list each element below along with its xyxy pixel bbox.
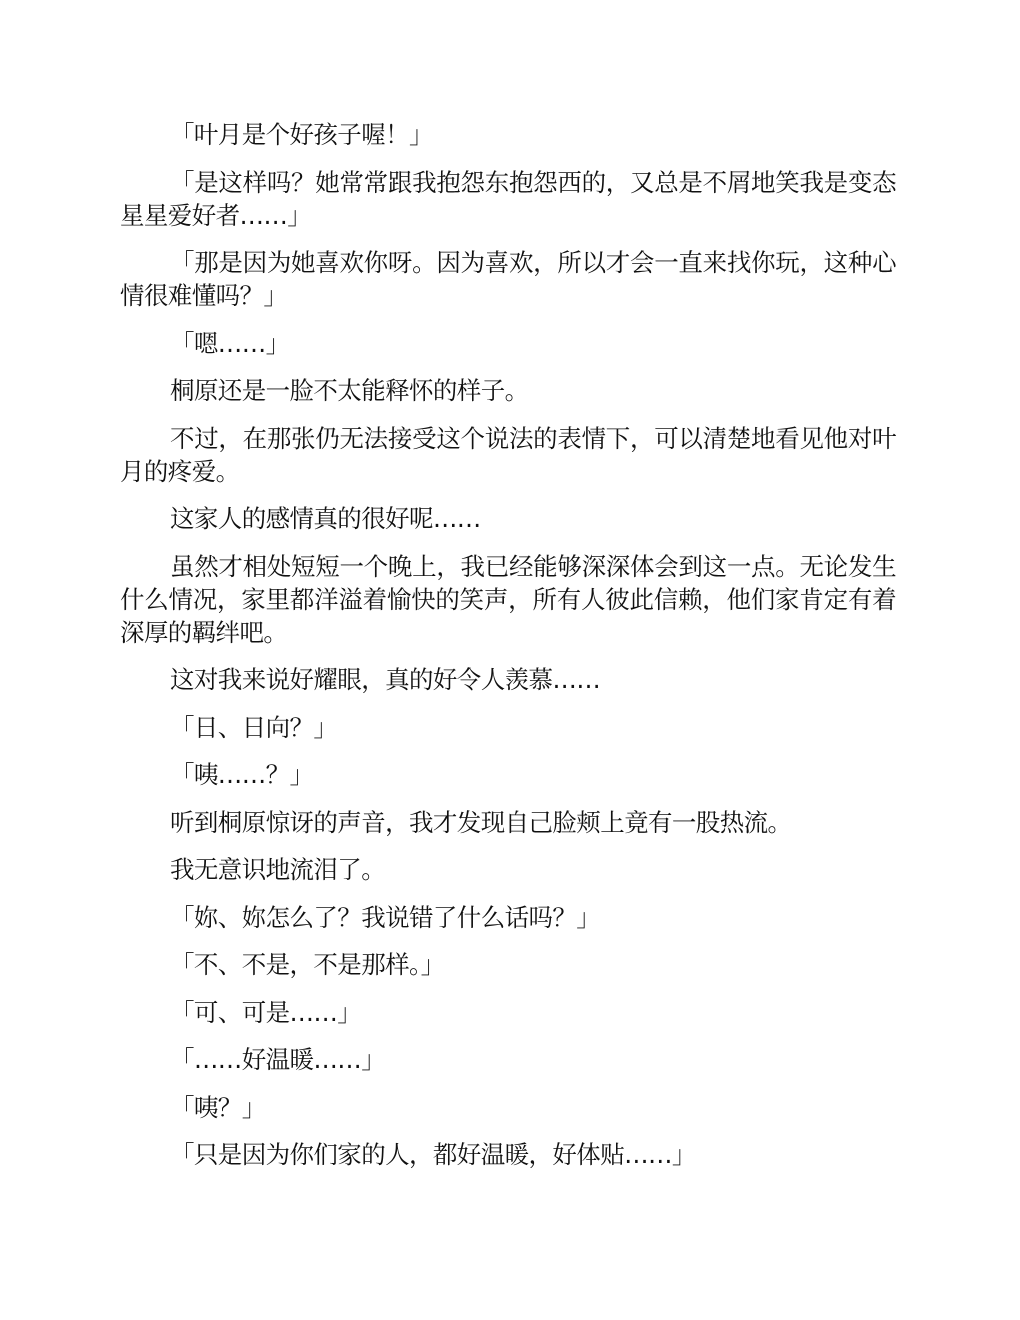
paragraph-narration: 不过，在那张仍无法接受这个说法的表情下，可以清楚地看见他对叶月的疼爱。 [120,422,896,488]
paragraph-dialogue: 「嗯……」 [120,327,896,360]
paragraph-dialogue: 「是这样吗？她常常跟我抱怨东抱怨西的，又总是不屑地笑我是变态星星爱好者……」 [120,166,896,232]
document-page: 「叶月是个好孩子喔！」 「是这样吗？她常常跟我抱怨东抱怨西的，又总是不屑地笑我是… [120,118,896,1186]
paragraph-dialogue: 「咦？」 [120,1091,896,1124]
paragraph-dialogue: 「叶月是个好孩子喔！」 [120,118,896,151]
paragraph-narration: 听到桐原惊讶的声音，我才发现自己脸颊上竟有一股热流。 [120,806,896,839]
paragraph-dialogue: 「咦……？」 [120,758,896,791]
paragraph-narration: 虽然才相处短短一个晚上，我已经能够深深体会到这一点。无论发生什么情况，家里都洋溢… [120,550,896,649]
paragraph-dialogue: 「日、日向？」 [120,711,896,744]
paragraph-narration: 桐原还是一脸不太能释怀的样子。 [120,374,896,407]
paragraph-dialogue: 「不、不是，不是那样。」 [120,948,896,981]
paragraph-dialogue: 「只是因为你们家的人，都好温暖，好体贴……」 [120,1138,896,1171]
paragraph-narration: 这家人的感情真的很好呢…… [120,502,896,535]
paragraph-dialogue: 「那是因为她喜欢你呀。因为喜欢，所以才会一直来找你玩，这种心情很难懂吗？」 [120,246,896,312]
paragraph-narration: 我无意识地流泪了。 [120,853,896,886]
paragraph-dialogue: 「妳、妳怎么了？我说错了什么话吗？」 [120,901,896,934]
paragraph-dialogue: 「……好温暖……」 [120,1043,896,1076]
paragraph-dialogue: 「可、可是……」 [120,996,896,1029]
paragraph-narration: 这对我来说好耀眼，真的好令人羡慕…… [120,663,896,696]
